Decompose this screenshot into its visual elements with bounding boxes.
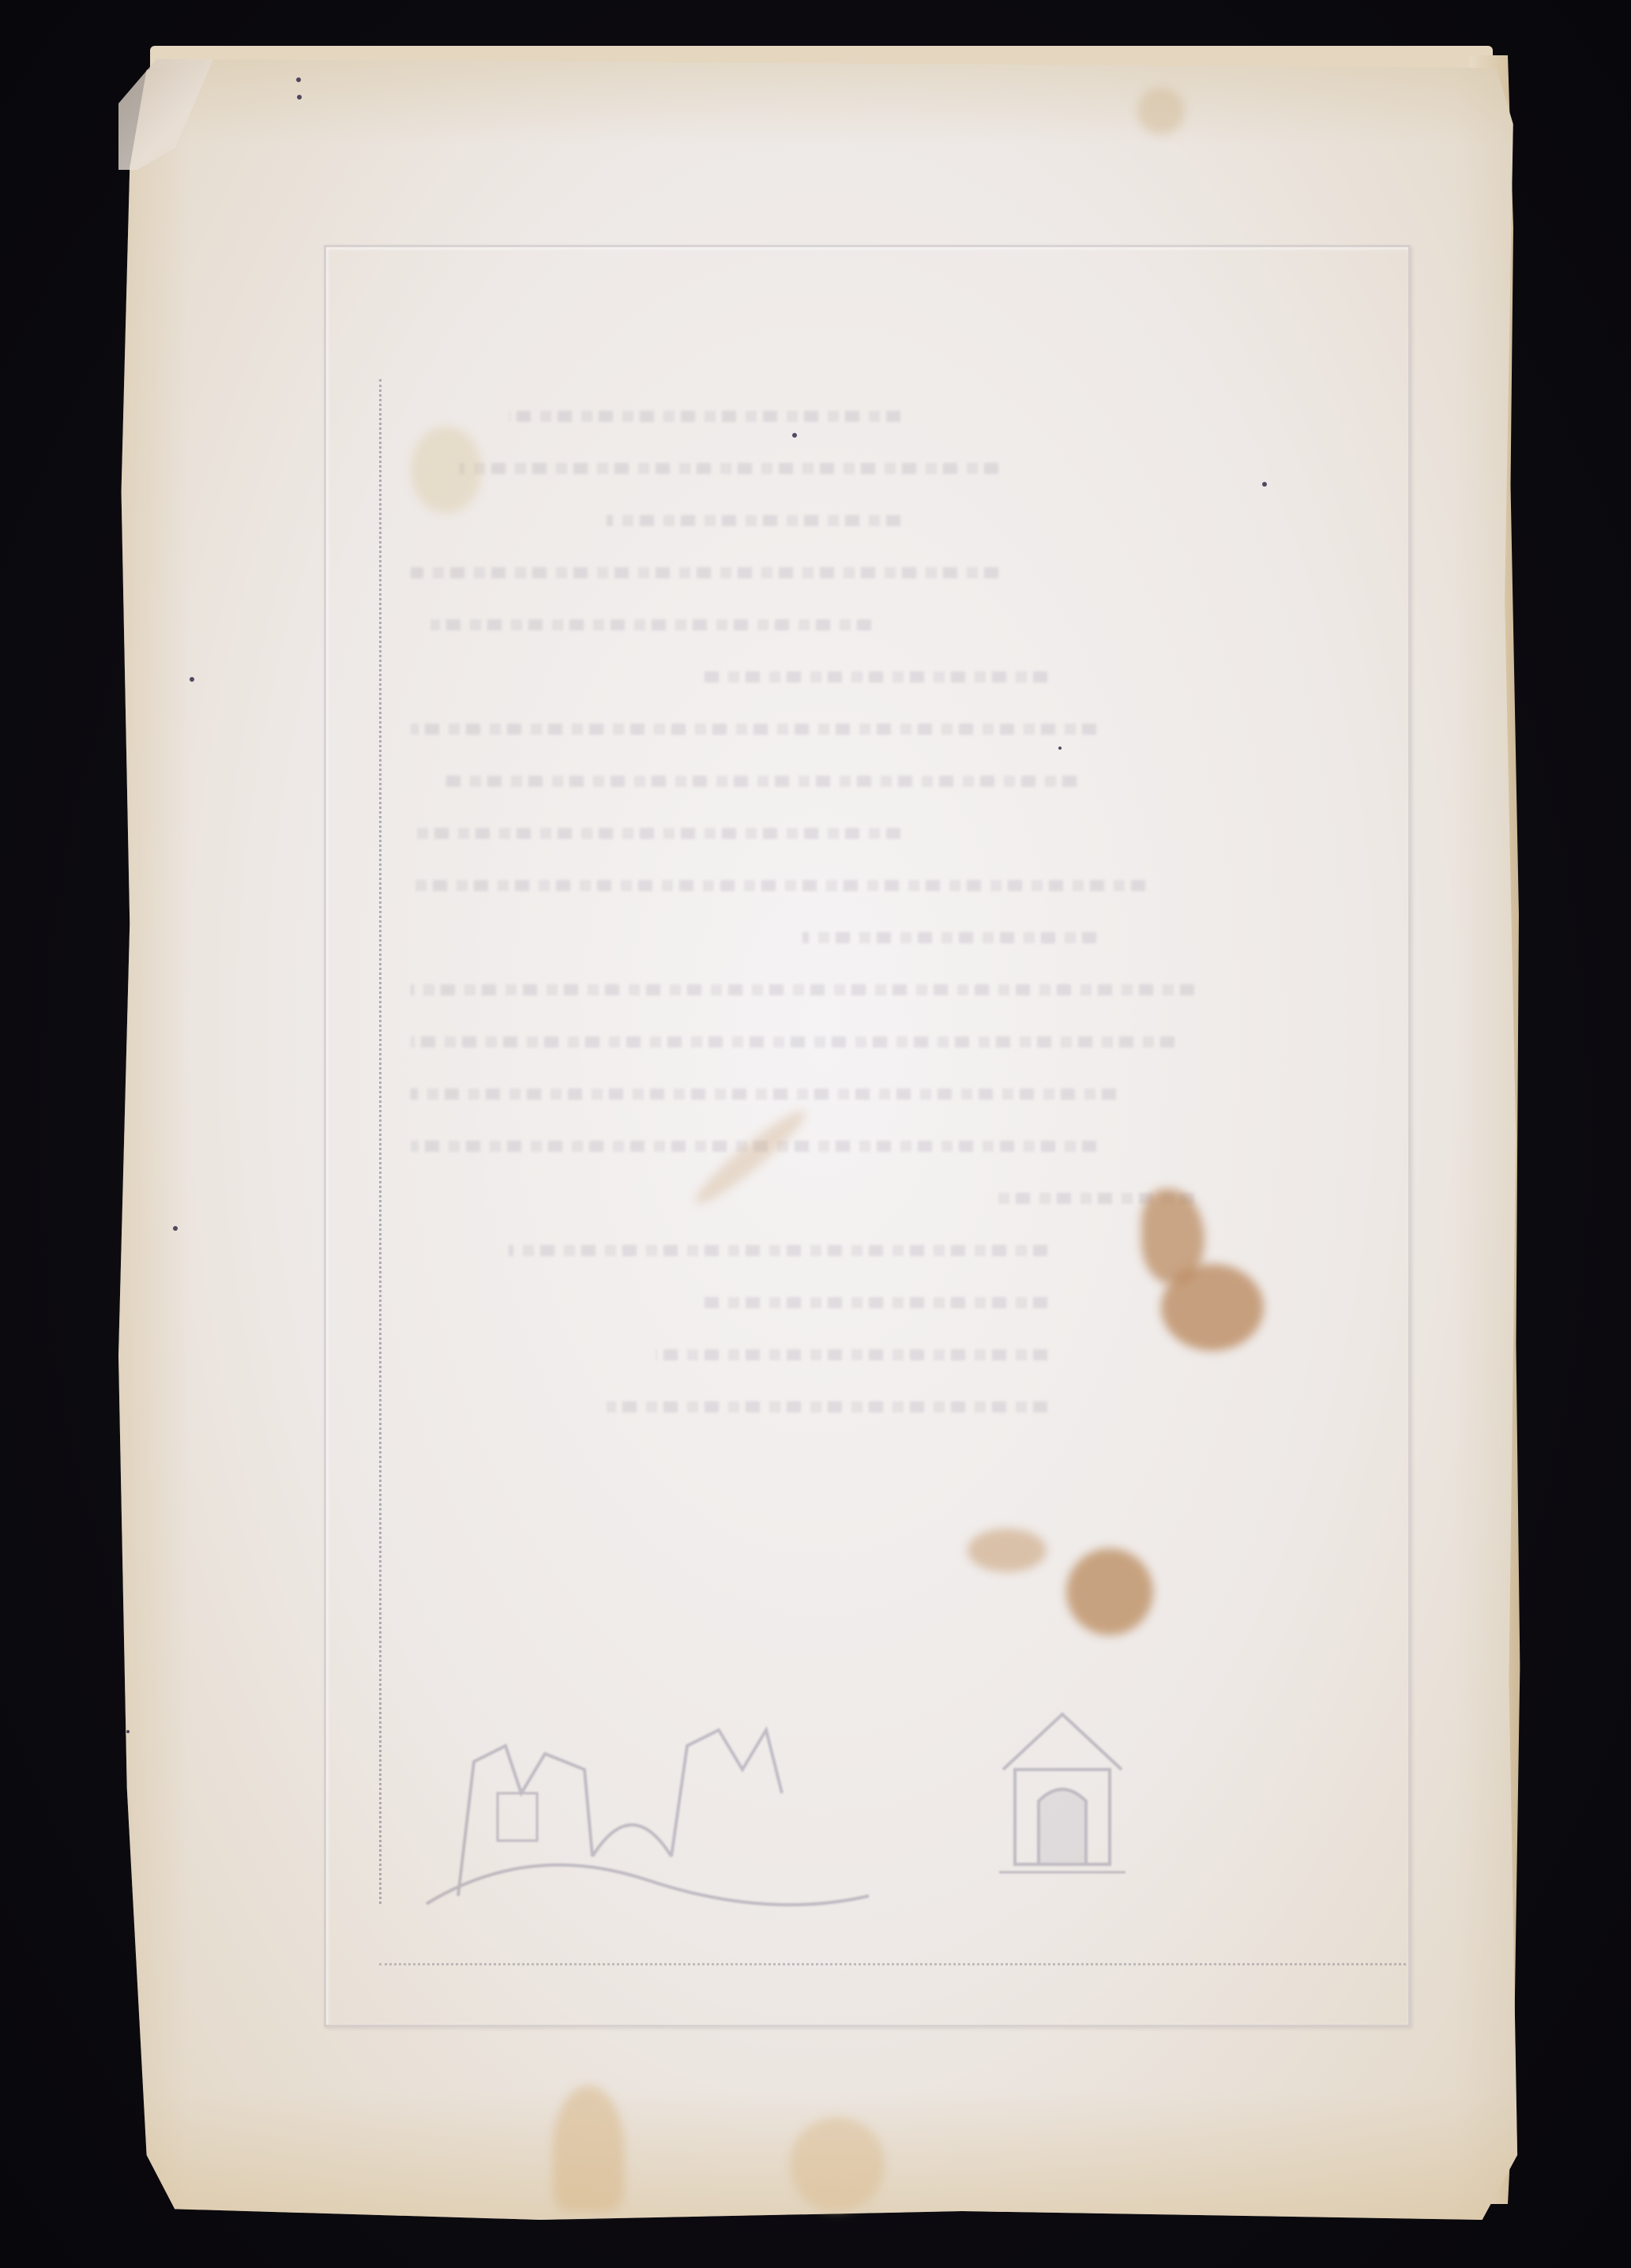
- small-brown-stain: [968, 1529, 1047, 1572]
- medium-brown-stain: [1066, 1548, 1153, 1635]
- top-edge-stain: [1137, 87, 1185, 134]
- small-shrine-drawing: [995, 1706, 1129, 1880]
- bottom-edge-stain: [790, 2117, 885, 2212]
- engraving-baseline-bleed-through: [379, 1963, 1406, 1965]
- large-brown-stain: [1161, 1264, 1264, 1351]
- photo-scene: [0, 0, 1631, 2268]
- yellow-stain-top: [411, 427, 482, 513]
- bottom-edge-stain: [553, 2086, 624, 2212]
- ruined-arch-drawing: [411, 1698, 885, 1935]
